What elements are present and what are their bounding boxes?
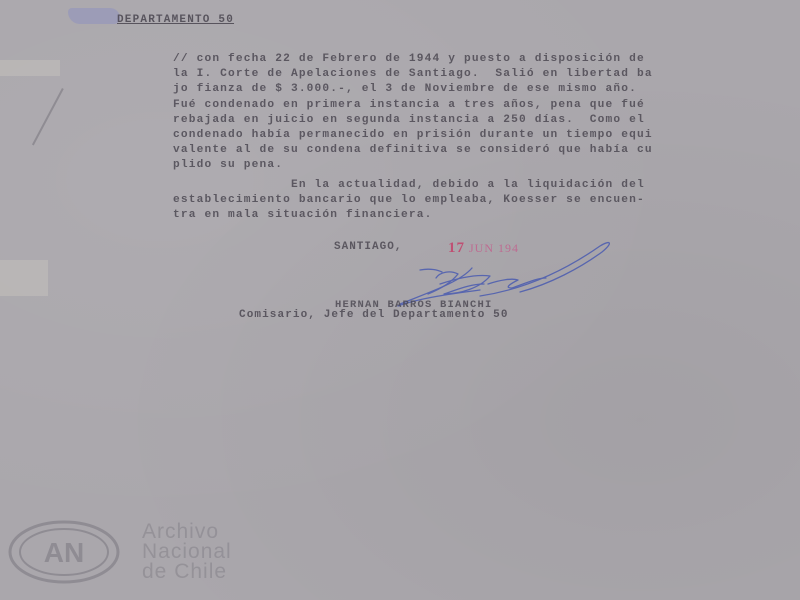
- body-line: rebajada en juicio en segunda instancia …: [173, 113, 653, 128]
- archive-name-line: Archivo: [142, 522, 232, 542]
- archive-name: Archivo Nacional de Chile: [142, 522, 232, 582]
- archive-watermark: AN Archivo Nacional de Chile: [8, 518, 298, 588]
- tape-mark: [68, 8, 120, 24]
- body-text: // con fecha 22 de Febrero de 1944 y pue…: [173, 52, 653, 223]
- paper-stain: [0, 60, 60, 76]
- body-line: valente al de su condena definitiva se c…: [173, 143, 653, 158]
- document-page: - 2 - DEPARTAMENTO 50 // con fecha 22 de…: [0, 0, 800, 600]
- body-line: En la actualidad, debido a la liquidació…: [173, 178, 653, 193]
- body-line: plido su pena.: [173, 158, 653, 173]
- archive-name-line: Nacional: [142, 542, 232, 562]
- page-number: - 2 -: [372, 0, 420, 4]
- body-line: establecimiento bancario que lo empleaba…: [173, 193, 653, 208]
- archive-name-line: de Chile: [142, 562, 232, 582]
- body-line: // con fecha 22 de Febrero de 1944 y pue…: [173, 52, 653, 67]
- paper-stain: [0, 260, 48, 296]
- department-header: DEPARTAMENTO 50: [117, 14, 234, 26]
- body-line: la I. Corte de Apelaciones de Santiago. …: [173, 67, 653, 82]
- signer-title: Comisario, Jefe del Departamento 50: [239, 309, 509, 321]
- archivo-nacional-logo-icon: AN: [8, 520, 120, 584]
- body-line: jo fianza de $ 3.000.-, el 3 de Noviembr…: [173, 82, 653, 97]
- paper-crease: [32, 88, 64, 145]
- svg-text:AN: AN: [44, 537, 84, 568]
- body-line: Fué condenado en primera instancia a tre…: [173, 98, 653, 113]
- body-line: condenado había permanecido en prisión d…: [173, 128, 653, 143]
- body-line: tra en mala situación financiera.: [173, 208, 653, 223]
